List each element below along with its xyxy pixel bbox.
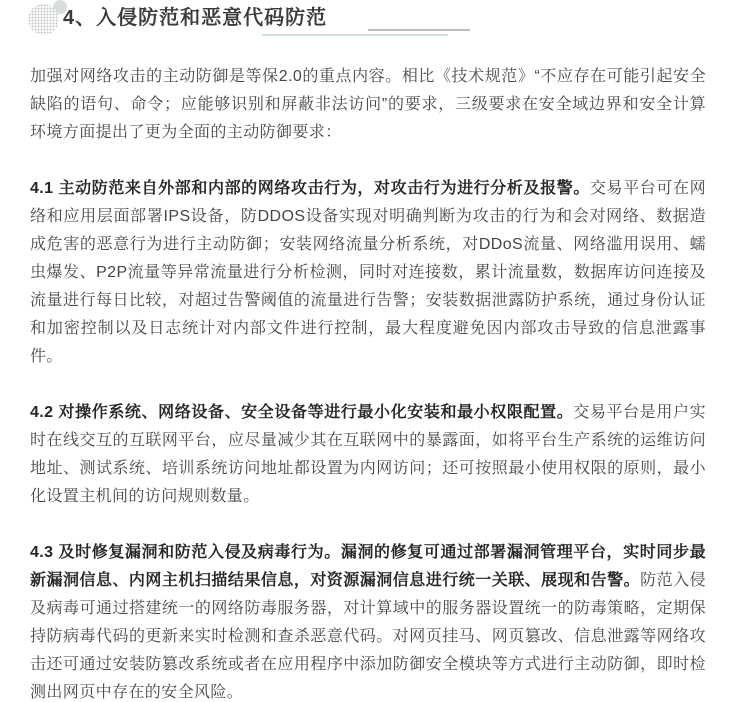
halftone-big-circle-icon	[28, 4, 59, 35]
paragraph-4-2: 4.2 对操作系统、网络设备、安全设备等进行最小化安装和最小权限配置。交易平台是…	[30, 399, 706, 511]
page-title: 4、入侵防范和恶意代码防范	[63, 6, 327, 31]
article-content: 加强对网络攻击的主动防御是等保2.0的重点内容。相比《技术规范》“不应存在可能引…	[0, 63, 738, 702]
section-header: 4、入侵防范和恶意代码防范	[0, 0, 738, 44]
title-underline-gray-decoration	[368, 29, 470, 31]
paragraph-4-2-heading: 4.2 对操作系统、网络设备、安全设备等进行最小化安装和最小权限配置。	[30, 404, 573, 421]
paragraph-intro: 加强对网络攻击的主动防御是等保2.0的重点内容。相比《技术规范》“不应存在可能引…	[30, 63, 706, 147]
paragraph-4-1-text: 交易平台可在网络和应用层面部署IPS设备，防DDOS设备实现对明确判断为攻击的行…	[30, 180, 706, 365]
paragraph-intro-text: 加强对网络攻击的主动防御是等保2.0的重点内容。相比《技术规范》“不应存在可能引…	[30, 68, 706, 141]
article-page: 4、入侵防范和恶意代码防范 加强对网络攻击的主动防御是等保2.0的重点内容。相比…	[0, 0, 738, 702]
paragraph-4-3-text: 防范入侵及病毒可通过搭建统一的网络防毒服务器，对计算域中的服务器设置统一的防毒策…	[30, 572, 706, 701]
paragraph-4-1-heading: 4.1 主动防范来自外部和内部的网络攻击行为，对攻击行为进行分析及报警。	[30, 180, 590, 197]
paragraph-4-3: 4.3 及时修复漏洞和防范入侵及病毒行为。漏洞的修复可通过部署漏洞管理平台，实时…	[30, 539, 706, 702]
paragraph-4-1: 4.1 主动防范来自外部和内部的网络攻击行为，对攻击行为进行分析及报警。交易平台…	[30, 175, 706, 371]
paragraph-4-3-heading: 4.3 及时修复漏洞和防范入侵及病毒行为。漏洞的修复可通过部署漏洞管理平台，实时…	[30, 544, 706, 589]
title-underline-green-decoration	[262, 34, 448, 36]
